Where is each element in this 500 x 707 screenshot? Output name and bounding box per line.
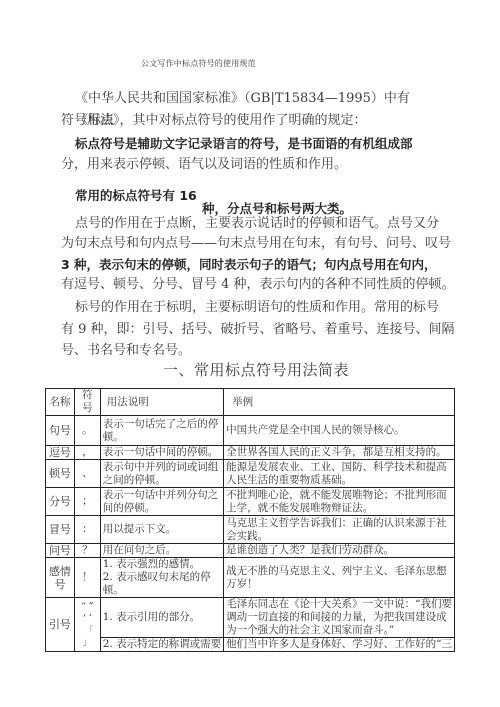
cell-usage: 表示一句话中间的停顿。 <box>100 446 223 460</box>
table-header-row: 名称 符号 用法说明 举例 <box>46 389 455 416</box>
definition-paragraph-line2: 分，用来表示停顿、语气以及词语的性质和作用。 <box>61 154 347 176</box>
table-row: 分号 ； 表示一句话中并列分句之间的停顿。 不批判唯心论，就不能发展唯物论；不批… <box>46 488 455 516</box>
punctuation-usage-table: 名称 符号 用法说明 举例 句号 。 表示一句话完了之后的停顿。 中国共产党是全… <box>45 388 455 652</box>
marks-paragraph-line2: 有 9 种，即：引号、括号、破折号、省略号、着重号、连接号、间隔 <box>61 319 455 341</box>
cell-name: 顿号 <box>46 460 75 488</box>
cell-usage: 用在问句之后。 <box>100 544 223 558</box>
header-usage: 用法说明 <box>100 389 223 416</box>
types-paragraph-line1: 常用的标点符号有 16 <box>75 185 197 207</box>
definition-paragraph-line1: 标点符号是辅助文字记录语言的符号，是书面语的有机组成部 <box>75 133 413 155</box>
table-row: 感情号 ！ 1. 表示强烈的感情。 2. 表示感叹句末尾的停顿。 战无不胜的马克… <box>46 558 455 598</box>
cell-example: 马克思主义哲学告诉我们：正确的认识来源于社会实践。 <box>224 516 455 544</box>
cell-example: 战无不胜的马克思主义、列宁主义、毛泽东思想万岁！ <box>224 558 455 598</box>
table-row: 引号 “ ” ‘ ’ 「 」 1. 表示引用的部分。 毛泽东同志在《论十大关系》… <box>46 598 455 638</box>
cell-usage: 2. 表示特定的称谓或需要 <box>100 638 223 652</box>
cell-example: 他们当中许多人是身体好、学习好、工作好的“三 <box>224 638 455 652</box>
cell-symbol: ？ <box>74 544 100 558</box>
cell-example: 是谁创造了人类？是我们劳动群众。 <box>224 544 455 558</box>
cell-name: 分号 <box>46 488 75 516</box>
cell-usage: 表示句中并列的词或词组之间的停顿。 <box>100 460 223 488</box>
cell-symbol: ； <box>74 488 100 516</box>
double-quote-symbol: “ ” <box>77 601 98 613</box>
cell-name: 问号 <box>46 544 75 558</box>
corner-bracket-close-symbol: 」 <box>77 637 98 649</box>
dots-paragraph-line4: 有逗号、顿号、分号、冒号 4 种，表示句内的各种不同性质的停顿。 <box>61 274 455 296</box>
cell-example: 毛泽东同志在《论十大关系》一文中说：“我们要调动一切直接的和间接的力量，为把我国… <box>224 598 455 638</box>
dots-paragraph-line3: 3 种，表示句末的停顿，同时表示句子的语气；句内点号用在句内， <box>61 254 437 276</box>
cell-name: 感情号 <box>46 558 75 598</box>
dots-paragraph-line2: 为句末点号和句内点号——句末点号用在句末，有句号、问号、叹号 <box>61 233 451 255</box>
cell-usage: 1. 表示强烈的感情。 2. 表示感叹句末尾的停顿。 <box>100 558 223 598</box>
table-row: 句号 。 表示一句话完了之后的停顿。 中国共产党是全中国人民的领导核心。 <box>46 416 455 446</box>
intro-paragraph-line2: 符号用法》，其中对标点符号的使用作了明确的规定： <box>61 110 367 132</box>
cell-example: 中国共产党是全中国人民的领导核心。 <box>224 416 455 446</box>
dots-paragraph-line1: 点号的作用在于点断，主要表示说话时的停顿和语气。点号又分 <box>75 213 439 235</box>
cell-example: 不批判唯心论，就不能发展唯物论；不批判形而上学，就不能发展唯物辩证法。 <box>224 488 455 516</box>
cell-usage: 1. 表示引用的部分。 <box>100 598 223 638</box>
corner-bracket-open-symbol: 「 <box>77 625 98 637</box>
table-row: 问号 ？ 用在问句之后。 是谁创造了人类？是我们劳动群众。 <box>46 544 455 558</box>
single-quote-symbol: ‘ ’ <box>77 613 98 625</box>
table-row: 逗号 ， 表示一句话中间的停顿。 全世界各国人民的正义斗争，都是互相支持的。 <box>46 446 455 460</box>
cell-symbol: 。 <box>74 416 100 446</box>
cell-example: 能源是发展农业、工业、国防、科学技术和提高人民生活的重要物质基础。 <box>224 460 455 488</box>
table-row: 冒号 ： 用以提示下文。 马克思主义哲学告诉我们：正确的认识来源于社会实践。 <box>46 516 455 544</box>
document-title: 公文写作中标点符号的使用规范 <box>141 58 256 69</box>
cell-symbol: 、 <box>74 460 100 488</box>
cell-symbol: ！ <box>74 558 100 598</box>
header-symbol: 符号 <box>74 389 100 416</box>
cell-usage: 表示一句话完了之后的停顿。 <box>100 416 223 446</box>
header-example: 举例 <box>224 389 455 416</box>
cell-name: 冒号 <box>46 516 75 544</box>
section-heading: 一、常用标点符号用法简表 <box>163 359 349 380</box>
header-name: 名称 <box>46 389 75 416</box>
cell-name: 引号 <box>46 598 75 652</box>
cell-example: 全世界各国人民的正义斗争，都是互相支持的。 <box>224 446 455 460</box>
cell-name: 逗号 <box>46 446 75 460</box>
marks-paragraph-line1: 标号的作用在于标明，主要标明语句的性质和作用。常用的标号 <box>75 297 439 319</box>
table-row: 2. 表示特定的称谓或需要 他们当中许多人是身体好、学习好、工作好的“三 <box>46 638 455 652</box>
cell-symbol: ， <box>74 446 100 460</box>
cell-symbol: “ ” ‘ ’ 「 」 <box>74 598 100 652</box>
cell-name: 句号 <box>46 416 75 446</box>
cell-usage: 用以提示下文。 <box>100 516 223 544</box>
cell-symbol: ： <box>74 516 100 544</box>
cell-usage: 表示一句话中并列分句之间的停顿。 <box>100 488 223 516</box>
table-row: 顿号 、 表示句中并列的词或词组之间的停顿。 能源是发展农业、工业、国防、科学技… <box>46 460 455 488</box>
